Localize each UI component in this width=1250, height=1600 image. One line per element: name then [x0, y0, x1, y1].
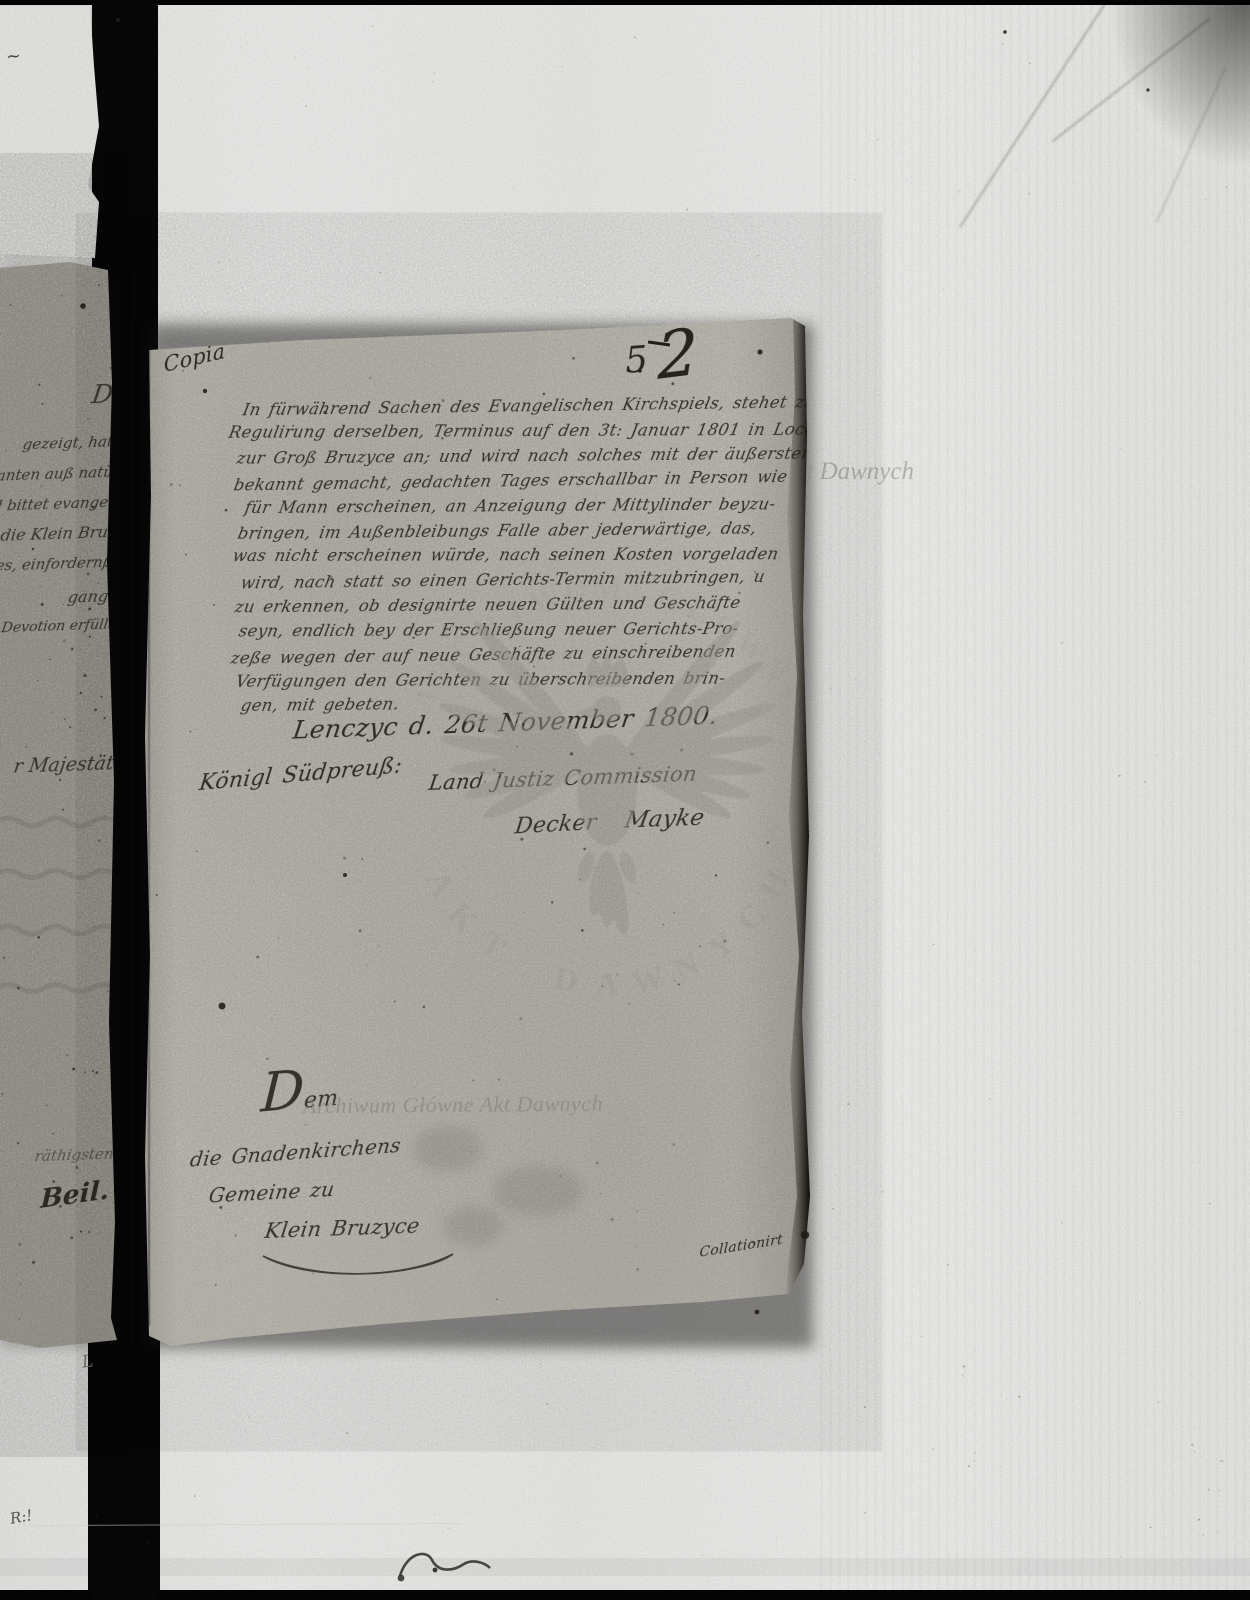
body-text-line: zur Groß Bruzyce an; und wird nach solch… [235, 443, 814, 467]
stamp-remnant-blob [443, 1206, 503, 1246]
svg-text:T: T [472, 925, 511, 967]
attestation-note: Collationirt [699, 1231, 783, 1261]
stamp-remnant-blob [413, 1126, 483, 1172]
body-text-line: In fürwährend Sachen des Evangelischen K… [241, 392, 825, 419]
archive-stamp-watermark: ARCHIWUM GŁÓWNE AKT DAWNYCH [367, 555, 847, 1035]
eagle-emblem [436, 615, 778, 937]
svg-text:N: N [668, 946, 705, 989]
body-text-line: bekannt gemacht, gedachten Tages erschal… [232, 466, 789, 494]
svg-text:G: G [653, 577, 688, 619]
left-page-text-fragment: gezeigt, hat [22, 432, 115, 453]
film-shade-band [0, 1558, 1250, 1576]
svg-text:Y: Y [701, 925, 742, 968]
film-edge-bottom [0, 1590, 1250, 1600]
svg-text:U: U [561, 571, 589, 610]
left-page-text-fragment: gang. [66, 586, 114, 607]
archive-text-watermark: Archiwum Główne Akt Dawnych [303, 1091, 603, 1120]
pencil-squiggle-mark: ~ [5, 45, 22, 67]
blank-page-fragment [0, 6, 104, 258]
svg-text:W: W [628, 959, 668, 1001]
body-text-line: Regulirung derselben, Terminus auf den 3… [227, 419, 817, 441]
address-line-1: die Gnadenkirchens [189, 1132, 403, 1171]
svg-text:H: H [753, 864, 797, 904]
film-corner-smudge [1090, 0, 1250, 190]
left-page-text-fragment: räthigsten [33, 1145, 114, 1166]
body-text-line: bringen, im Außenbleibungs Falle aber je… [236, 518, 758, 542]
page-number: 5 [624, 339, 650, 382]
svg-text:C: C [730, 897, 773, 938]
svg-text:K: K [440, 897, 484, 940]
hair-squiggle-artifact [392, 1538, 502, 1598]
signature-flourish [253, 1246, 473, 1286]
body-text-line: für Mann erscheinen, an Anzeigung der Mi… [243, 494, 777, 517]
svg-text:D: D [551, 960, 582, 1000]
svg-text:M: M [592, 570, 622, 606]
main-document-page: ARCHIWUM GŁÓWNE AKT DAWNYCH Archiwum Głó… [143, 316, 815, 1348]
svg-text:A: A [595, 967, 619, 1003]
svg-text:I: I [501, 591, 528, 629]
left-page-text-fragment: r Majestät [12, 752, 115, 777]
scanned-archive-photograph: Akt Dawnych Dgezeigt, hatkanten auß natü… [0, 0, 1250, 1600]
stamp-remnant-blob [493, 1166, 583, 1216]
left-page-fragment: Dgezeigt, hatkanten auß natüd bittet eva… [0, 262, 118, 1348]
film-edge-top [0, 0, 1250, 5]
left-page-text-fragment: die Klein Bru. [0, 522, 115, 545]
page-number-flourish: 2 [657, 315, 699, 394]
svg-text:W: W [523, 576, 564, 620]
address-line-3: Klein Bruzyce [263, 1213, 421, 1243]
address-line-2: Gemeine zu [207, 1177, 336, 1208]
film-gap-band-lower [88, 1336, 160, 1592]
svg-text:A: A [418, 865, 461, 903]
backing-mottle [820, 0, 1250, 1600]
stamp-top-text: ARCHIWUM GŁÓWNE [403, 570, 811, 716]
